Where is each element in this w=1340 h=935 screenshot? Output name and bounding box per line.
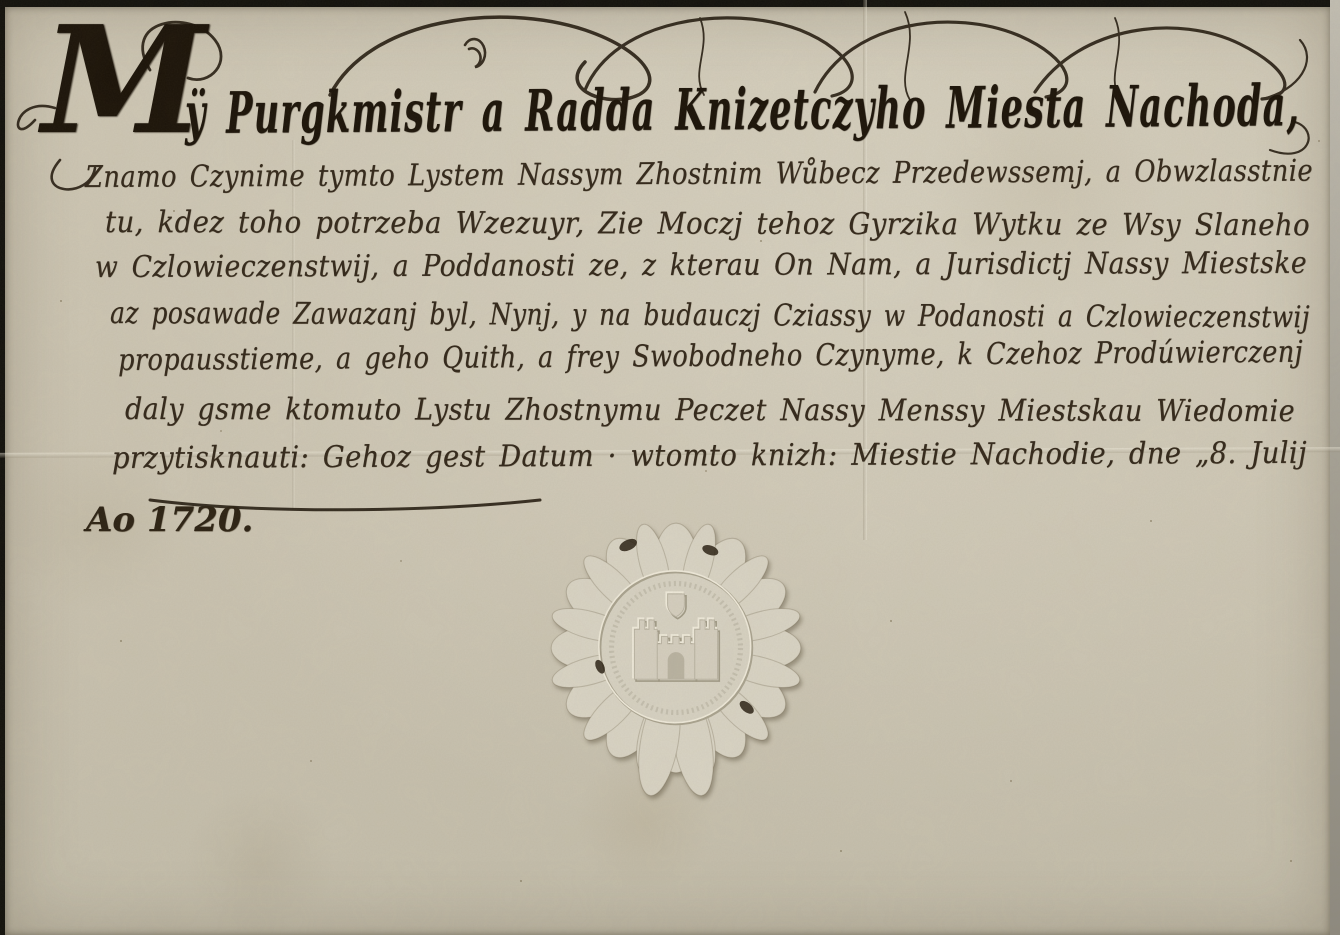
heading-line: ÿ Purgkmistr a Radda Knizetczyho Miesta … [185,72,1300,147]
ornamental-initial-letter: M [42,6,206,154]
manuscript-line-6: daly gsme ktomuto Lystu Zhostnymu Peczet… [125,392,1295,429]
paper-right-edge [1330,0,1340,935]
manuscript-line-4: az posawade Zawazanj byl, Nynj, y na bud… [110,296,1310,335]
seal-centre-disc [599,571,752,724]
date-line: Ao 1720. [86,500,253,540]
manuscript-line-1: Znamo Czynime tymto Lystem Nassym Zhostn… [85,154,1313,195]
manuscript-line-7: przytisknauti: Gehoz gest Datum · wtomto… [112,436,1307,476]
seal-castle-gate [668,652,685,679]
manuscript-photo: M ÿ Purgkmistr a Radda Knizetczyho Miest… [0,0,1340,935]
embossed-seal [520,492,832,804]
manuscript-line-3: w Czlowieczenstwij, a Poddanosti ze, z k… [95,246,1307,285]
manuscript-line-2: tu, kdez toho potrzeba Wzezuyr, Zie Mocz… [105,205,1310,243]
paper-fiber-specks [0,0,2,2]
